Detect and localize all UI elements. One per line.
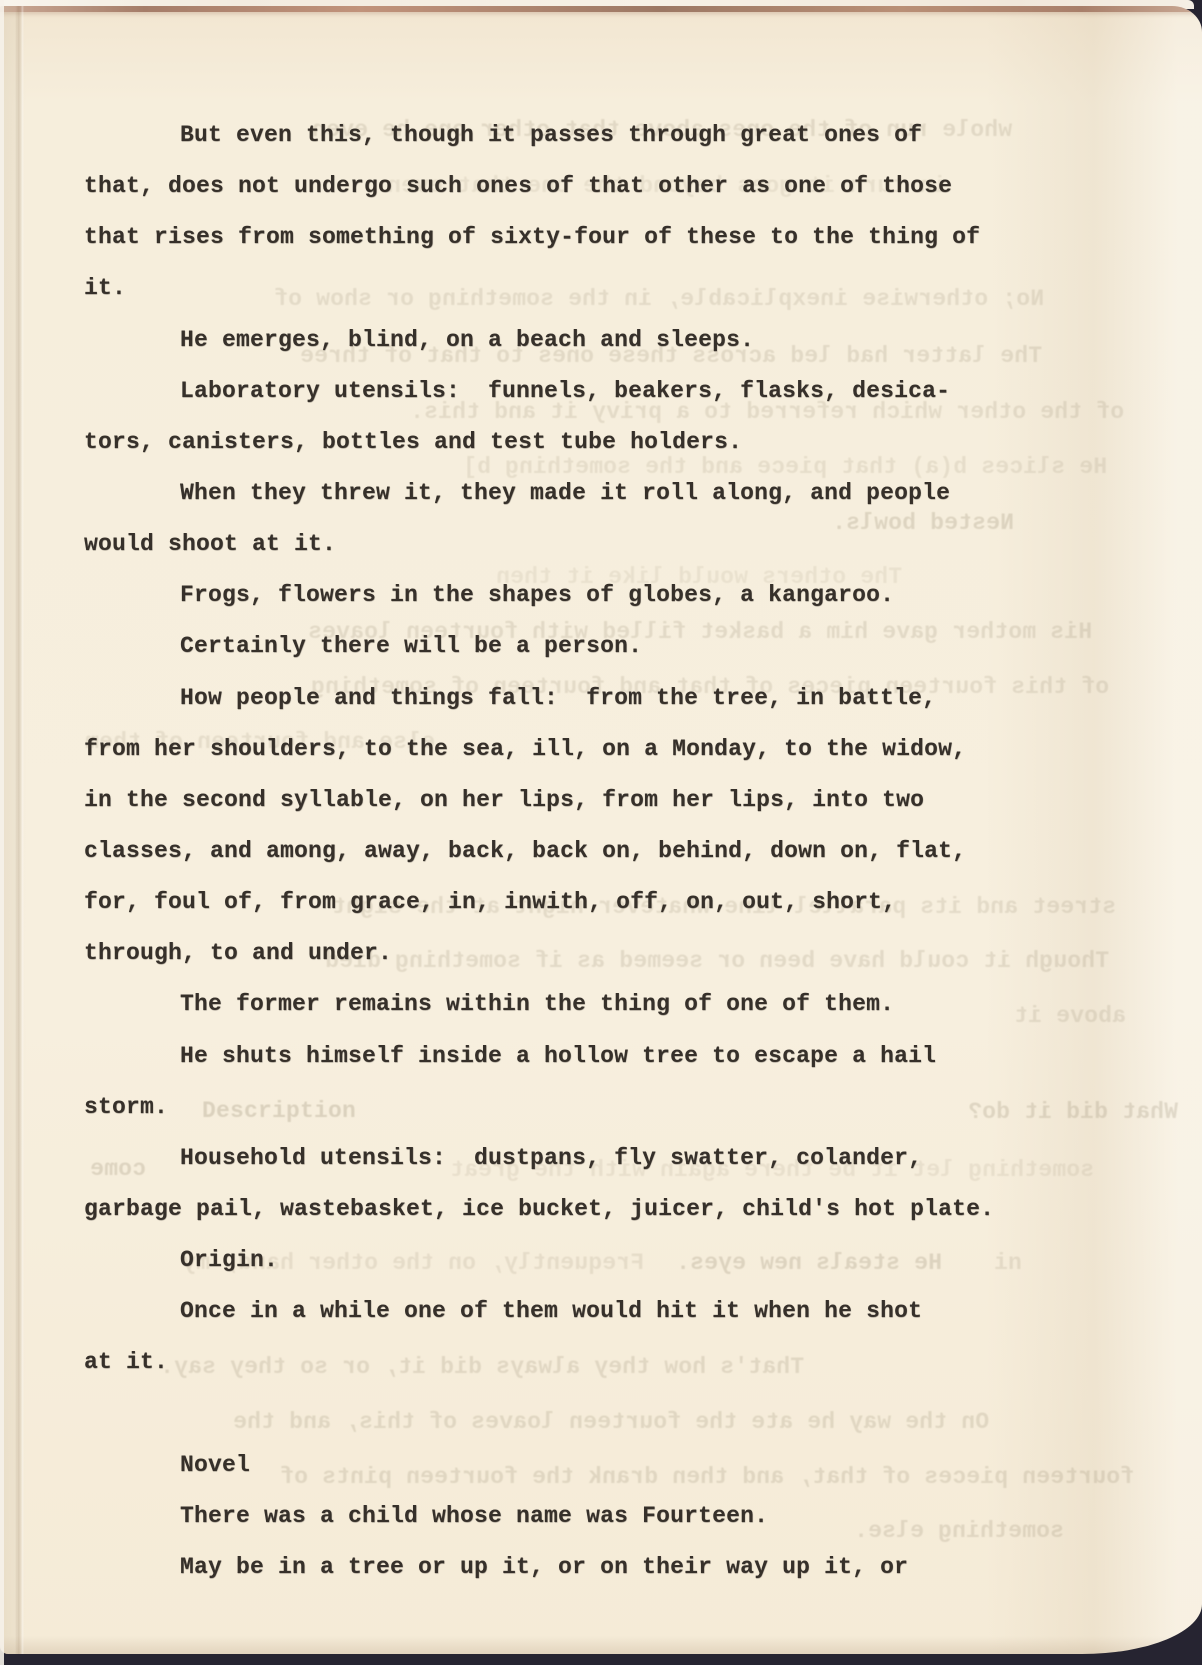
typed-line: that rises from something of sixty-four … (84, 212, 1114, 263)
typed-line: for, foul of, from grace, in, inwith, of… (84, 877, 1114, 928)
typed-blank-line (84, 1389, 1114, 1440)
typed-line: from her shoulders, to the sea, ill, on … (84, 724, 1114, 775)
typed-line: When they threw it, they made it roll al… (84, 468, 1114, 519)
typed-line: He emerges, blind, on a beach and sleeps… (84, 315, 1114, 366)
page: whole run of the ones above that other o… (0, 6, 1202, 1654)
typed-line: The former remains within the thing of o… (84, 979, 1114, 1030)
typed-line: that, does not undergo such ones of that… (84, 161, 1114, 212)
typed-line: tors, canisters, bottles and test tube h… (84, 417, 1114, 468)
typed-line: classes, and among, away, back, back on,… (84, 826, 1114, 877)
typed-line: May be in a tree or up it, or on their w… (84, 1542, 1114, 1593)
typed-line: Frogs, flowers in the shapes of globes, … (84, 570, 1114, 621)
typed-line: through, to and under. (84, 928, 1114, 979)
typed-line: Household utensils: dustpans, fly swatte… (84, 1133, 1114, 1184)
typed-line: He shuts himself inside a hollow tree to… (84, 1031, 1114, 1082)
typed-line: Origin. (84, 1235, 1114, 1286)
paper-stack-left-edge (0, 0, 4, 1665)
typed-line: it. (84, 263, 1114, 314)
typed-line: Laboratory utensils: funnels, beakers, f… (84, 366, 1114, 417)
typed-line: storm. (84, 1082, 1114, 1133)
typed-line: garbage pail, wastebasket, ice bucket, j… (84, 1184, 1114, 1235)
typed-line: would shoot at it. (84, 519, 1114, 570)
scanned-book-page: whole run of the ones above that other o… (0, 0, 1202, 1665)
typed-line: in the second syllable, on her lips, fro… (84, 775, 1114, 826)
typed-line: There was a child whose name was Fourtee… (84, 1491, 1114, 1542)
typed-line: Certainly there will be a person. (84, 621, 1114, 672)
typed-line: Once in a while one of them would hit it… (84, 1286, 1114, 1337)
typed-line: at it. (84, 1337, 1114, 1388)
typed-text-block: But even this, though it passes through … (84, 110, 1114, 1593)
typed-line: But even this, though it passes through … (84, 110, 1114, 161)
typed-line: How people and things fall: from the tre… (84, 673, 1114, 724)
typed-line: Novel (84, 1440, 1114, 1491)
